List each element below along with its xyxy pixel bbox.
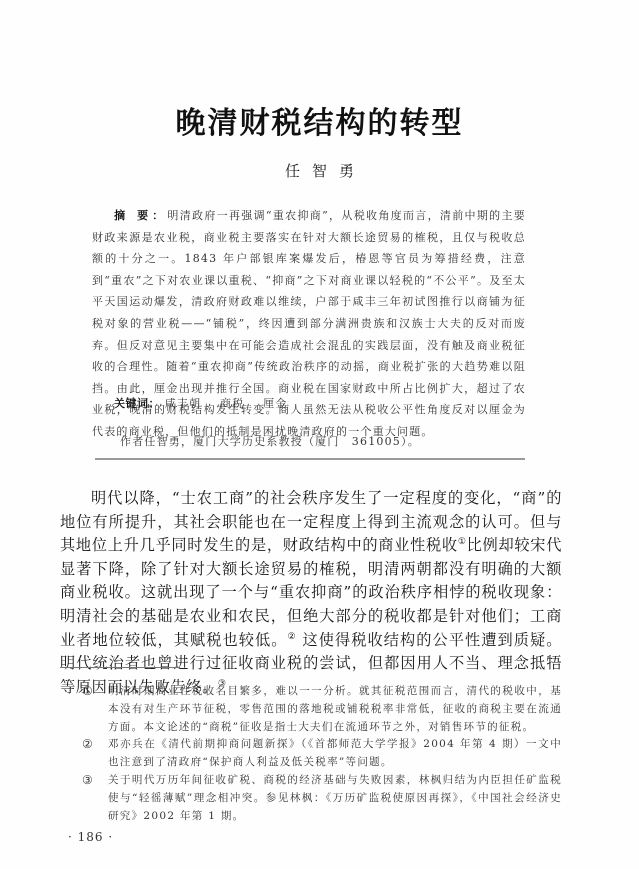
keyword-item: 咸丰朝 bbox=[165, 397, 202, 410]
footnote-item: ② 邓亦兵在《清代前期抑商问题新探》（《首都师范大学学报》2004 年第 4 期… bbox=[82, 736, 562, 772]
footnote-text: 关于明代万历年间征收矿税、商税的经济基础与失败因素，林枫归结为内臣担任矿监税使与… bbox=[108, 774, 562, 822]
journal-page: 晚清财税结构的转型 任智勇 摘 要：明清政府一再强调“重农抑商”，从税收角度而言… bbox=[0, 0, 639, 869]
footnote-item: ① 明清时期商业性税收名目繁多，难以一一分析。就其征税范围而言，清代的税收中，基… bbox=[82, 683, 562, 736]
footnote-marker: ① bbox=[82, 683, 94, 701]
footnotes-list: ① 明清时期商业性税收名目繁多，难以一一分析。就其征税范围而言，清代的税收中，基… bbox=[82, 683, 562, 825]
section-divider bbox=[95, 458, 525, 460]
keywords-block: 关键词： 咸丰朝 商税 厘金 bbox=[114, 395, 302, 411]
footnote-marker: ② bbox=[82, 736, 94, 754]
keyword-item: 商税 bbox=[220, 397, 244, 410]
author-info: 作者任智勇，厦门大学历史系教授（厦门 361005）。 bbox=[120, 433, 420, 449]
footnote-text: 邓亦兵在《清代前期抑商问题新探》（《首都师范大学学报》2004 年第 4 期）一… bbox=[108, 738, 562, 768]
keywords-label: 关键词： bbox=[114, 397, 160, 410]
footnote-marker: ③ bbox=[82, 772, 94, 790]
footnote-text: 明清时期商业性税收名目繁多，难以一一分析。就其征税范围而言，清代的税收中，基本没… bbox=[108, 685, 562, 733]
article-title: 晚清财税结构的转型 bbox=[0, 98, 639, 142]
footnote-ref-1[interactable]: ① bbox=[458, 537, 467, 547]
footnote-rule bbox=[60, 667, 180, 668]
footnote-ref-2[interactable]: ② bbox=[287, 632, 296, 642]
footnote-item: ③ 关于明代万历年间征收矿税、商税的经济基础与失败因素，林枫归结为内臣担任矿监税… bbox=[82, 772, 562, 825]
keyword-item: 厘金 bbox=[263, 397, 287, 410]
page-number: · 186 · bbox=[68, 830, 113, 844]
abstract-label: 摘 要： bbox=[114, 209, 167, 222]
article-author: 任智勇 bbox=[0, 160, 639, 181]
